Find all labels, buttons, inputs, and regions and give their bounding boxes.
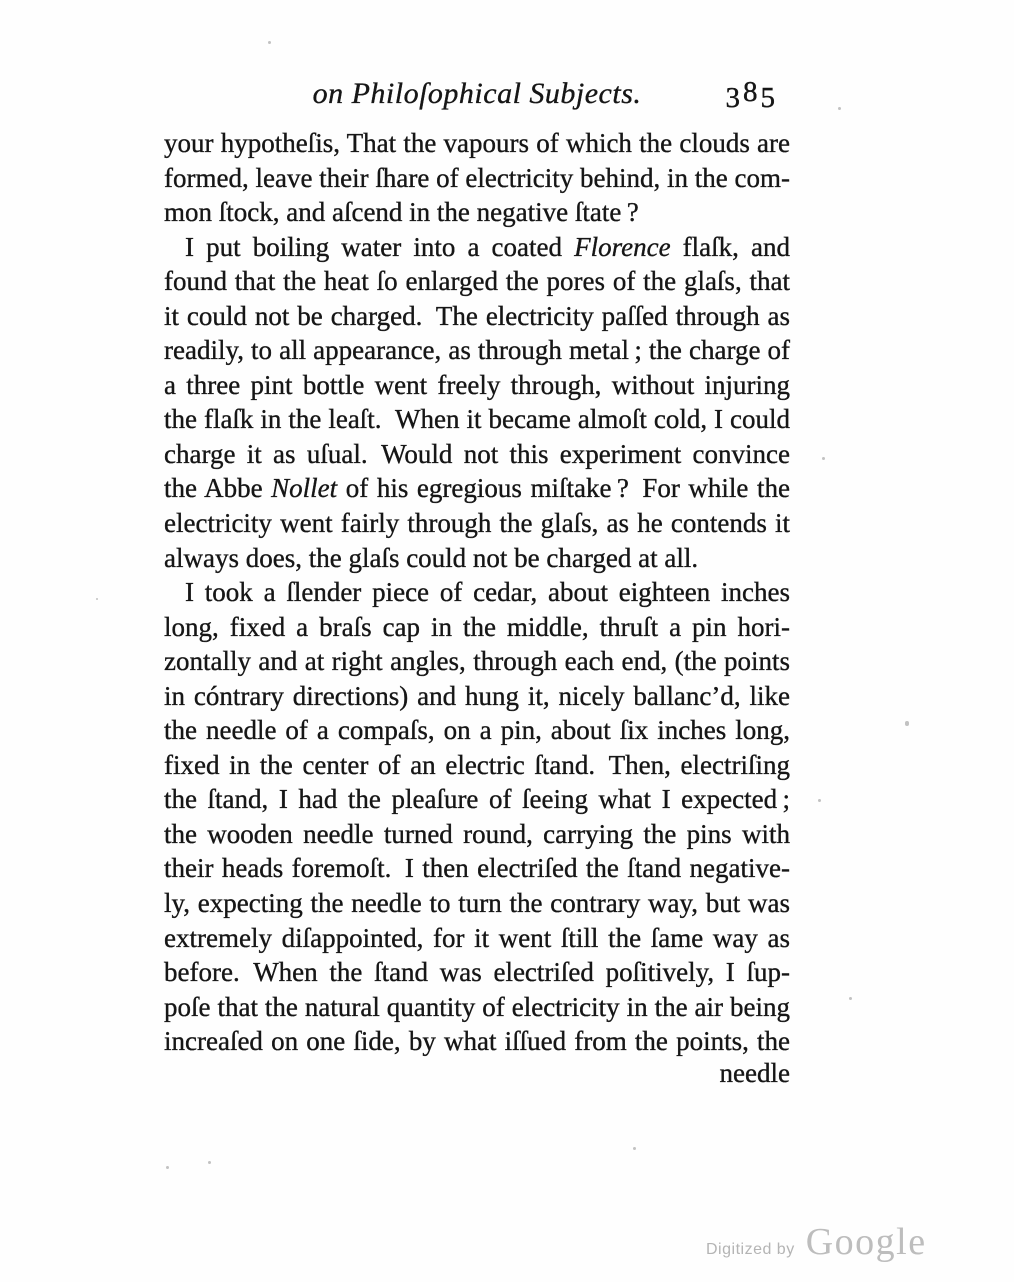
text-line: mon ſtock, and aſcend in the negative ſt…: [164, 195, 790, 230]
text-line: it could not be charged. The electricity…: [164, 299, 790, 334]
text-line: the wooden needle turned round, carrying…: [164, 817, 790, 852]
text-line: the Abbe Nollet of his egregious miſtake…: [164, 471, 790, 506]
google-logo-text: Google: [806, 1220, 927, 1264]
text-line: always does, the glaſs could not be char…: [164, 541, 790, 576]
scanned-book-page: on Philoſophical Subjects. 385 your hypo…: [0, 0, 1014, 1282]
noise-speck: [822, 457, 825, 460]
text-line: increaſed on one ſide, by what iſſued fr…: [164, 1024, 790, 1059]
text-line: I took a ſlender piece of cedar, about e…: [164, 575, 790, 610]
text-line: the flaſk in the leaſt. When it became a…: [164, 402, 790, 437]
page-number-digit: 5: [761, 82, 779, 114]
noise-speck: [96, 598, 98, 600]
noise-speck: [166, 1166, 169, 1169]
catchword: needle: [164, 1056, 790, 1091]
text-line: their heads foremoſt. I then electriſed …: [164, 851, 790, 886]
italic-word: Florence: [574, 232, 670, 262]
page-header: on Philoſophical Subjects. 385: [164, 72, 790, 118]
text-line: fixed in the center of an electric ſtand…: [164, 748, 790, 783]
watermark-text: Digitized by: [706, 1241, 795, 1259]
text-line: electricity went fairly through the glaſ…: [164, 506, 790, 541]
page-number: 385: [726, 78, 779, 111]
text-line: the ſtand, I had the pleaſure of ſeeing …: [164, 782, 790, 817]
noise-speck: [849, 997, 852, 1000]
text-line: your hypotheſis, That the vapours of whi…: [164, 126, 790, 161]
text-line: before. When the ſtand was electriſed po…: [164, 955, 790, 990]
text-line: extremely diſappointed, for it went ſtil…: [164, 921, 790, 956]
text-line: I put boiling water into a coated Floren…: [164, 230, 790, 265]
italic-word: Nollet: [271, 473, 337, 503]
google-watermark: Digitized by Google: [706, 1220, 927, 1264]
text-line: poſe that the natural quantity of electr…: [164, 990, 790, 1025]
text-line: a three pint bottle went freely through,…: [164, 368, 790, 403]
page-number-digit: 3: [726, 82, 744, 114]
text-line: the needle of a compaſs, on a pin, about…: [164, 713, 790, 748]
text-line: in cóntrary directions) and hung it, nic…: [164, 679, 790, 714]
noise-speck: [818, 799, 821, 802]
text-line: formed, leave their ſhare of electricity…: [164, 161, 790, 196]
running-title: on Philoſophical Subjects.: [164, 72, 790, 116]
noise-speck: [633, 1147, 636, 1150]
text-line: charge it as uſual. Would not this exper…: [164, 437, 790, 472]
page-number-digit: 8: [743, 76, 761, 108]
noise-speck: [905, 721, 909, 726]
text-line: ly, expecting the needle to turn the con…: [164, 886, 790, 921]
text-line: readily, to all appearance, as through m…: [164, 333, 790, 368]
noise-speck: [268, 41, 271, 44]
text-line: long, fixed a braſs cap in the middle, t…: [164, 610, 790, 645]
noise-speck: [838, 107, 841, 110]
text-line: zontally and at right angles, through ea…: [164, 644, 790, 679]
body-text: your hypotheſis, That the vapours of whi…: [164, 126, 790, 1059]
text-line: found that the heat ſo enlarged the pore…: [164, 264, 790, 299]
noise-speck: [208, 1161, 211, 1164]
